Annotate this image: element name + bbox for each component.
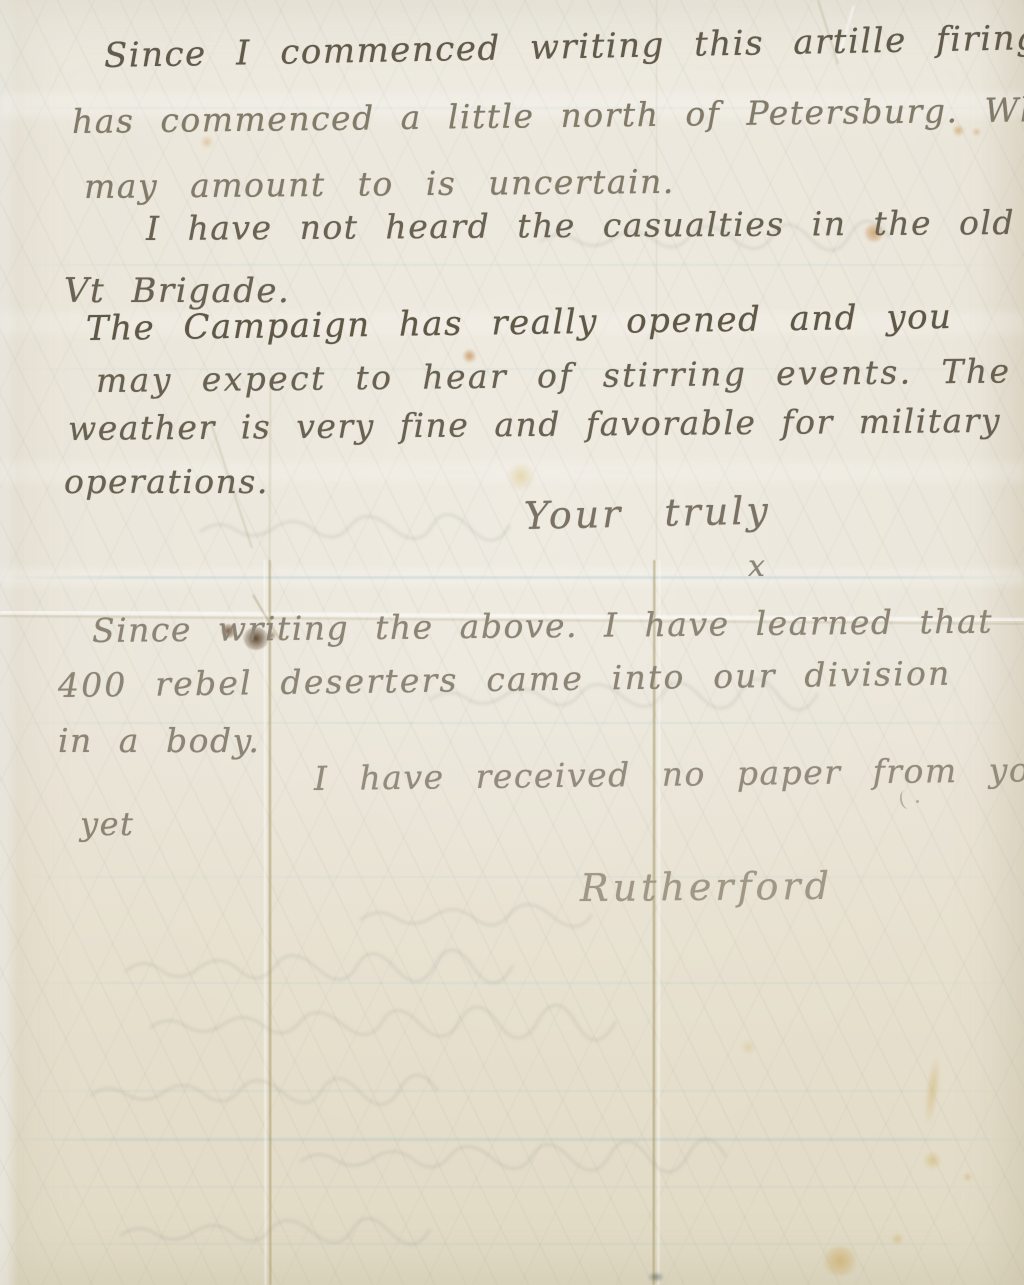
bleed-ruled-line [0,1243,1024,1245]
letter-line: weather is very fine and favorable for m… [68,401,1001,448]
x-mark: x [748,549,766,584]
closing-salutation: Your truly [524,488,772,538]
postscript-line: yet [80,805,134,843]
scanned-letter-page: Since I commenced writing this artille f… [0,0,1024,1285]
bleed-ruled-line [0,264,1024,266]
stray-pencil-mark [916,800,919,803]
postscript-line: 400 rebel deserters came into our divisi… [58,654,952,705]
postscript-line: I have received no paper from you [314,750,1024,798]
letter-line: Since I commenced writing this artille f… [104,18,1024,76]
stain [891,1233,904,1245]
stray-pencil-mark [898,789,915,810]
stain [505,463,537,490]
stain [963,1173,972,1181]
bleed-ruled-line [0,1090,1024,1092]
stain [923,1152,942,1169]
bleed-ruled-line [0,876,1024,878]
letter-line: may expect to hear of stirring events. T… [96,351,1012,400]
bleed-ruled-line [0,576,1024,579]
bleed-ruled-line [0,982,1024,984]
letter-line: operations. [64,462,269,501]
stain [648,1272,664,1282]
bleed-ruled-line [0,1186,1024,1188]
stain [822,1246,858,1276]
stain [740,1040,757,1054]
postscript-line: in a body. [58,721,260,760]
signature: Rutherford [580,864,833,910]
postscript-line: Since writing the above. I have learned … [92,602,993,650]
bleed-ruled-line [0,1138,1024,1141]
letter-line: may amount to is uncertain. [84,162,675,206]
letter-line: Vt Brigade. [64,271,290,311]
letter-line: I have not heard the casualties in the o… [146,203,1015,248]
